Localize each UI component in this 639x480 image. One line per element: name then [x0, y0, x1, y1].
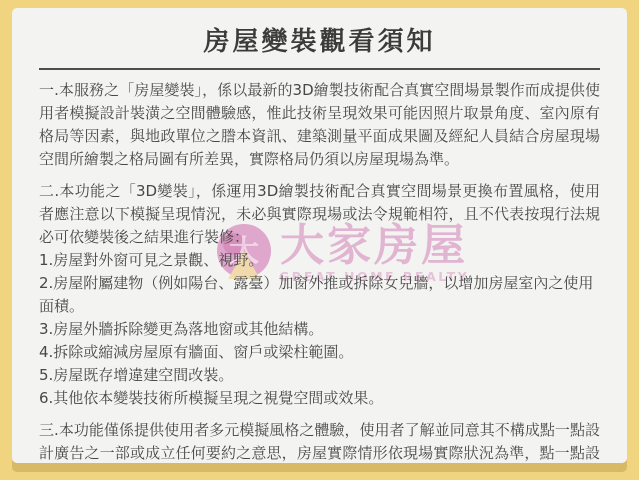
title-divider: [39, 68, 600, 70]
list-item: 6.其他依本變裝技術所模擬呈現之視覺空間或效果。: [39, 387, 600, 410]
paragraph-1: 一.本服務之「房屋變裝」，係以最新的3D繪製技術配合真實空間場景製作而成提供使用…: [39, 79, 600, 171]
page-title: 房屋變裝觀看須知: [12, 25, 627, 59]
paragraph-3: 三.本功能僅係提供使用者多元模擬風格之體驗，使用者了解並同意其不構成點一點設計廣…: [39, 419, 600, 463]
list-item: 5.房屋既存增違建空間改裝。: [39, 364, 600, 387]
notice-panel: 大 大家房屋 GREAT HOME REALTY 房屋變裝觀看須知 一.本服務之…: [12, 8, 627, 463]
list-item: 4.拆除或縮減房屋原有牆面、窗戶或梁柱範圍。: [39, 341, 600, 364]
list-item: 2.房屋附屬建物（例如陽台、露臺）加窗外推或拆除女兒牆，以增加房屋室內之使用面積…: [39, 272, 600, 318]
page-background: { "page": { "title": "房屋變裝觀看須知" }, "cont…: [0, 0, 639, 480]
notice-content: 一.本服務之「房屋變裝」，係以最新的3D繪製技術配合真實空間場景製作而成提供使用…: [39, 79, 600, 463]
paragraph-2: 二.本功能之「3D變裝」，係運用3D繪製技術配合真實空間場景更換布置風格，使用者…: [39, 180, 600, 249]
list-item: 3.房屋外牆拆除變更為落地窗或其他結構。: [39, 318, 600, 341]
list-item: 1.房屋對外窗可見之景觀、視野。: [39, 249, 600, 272]
